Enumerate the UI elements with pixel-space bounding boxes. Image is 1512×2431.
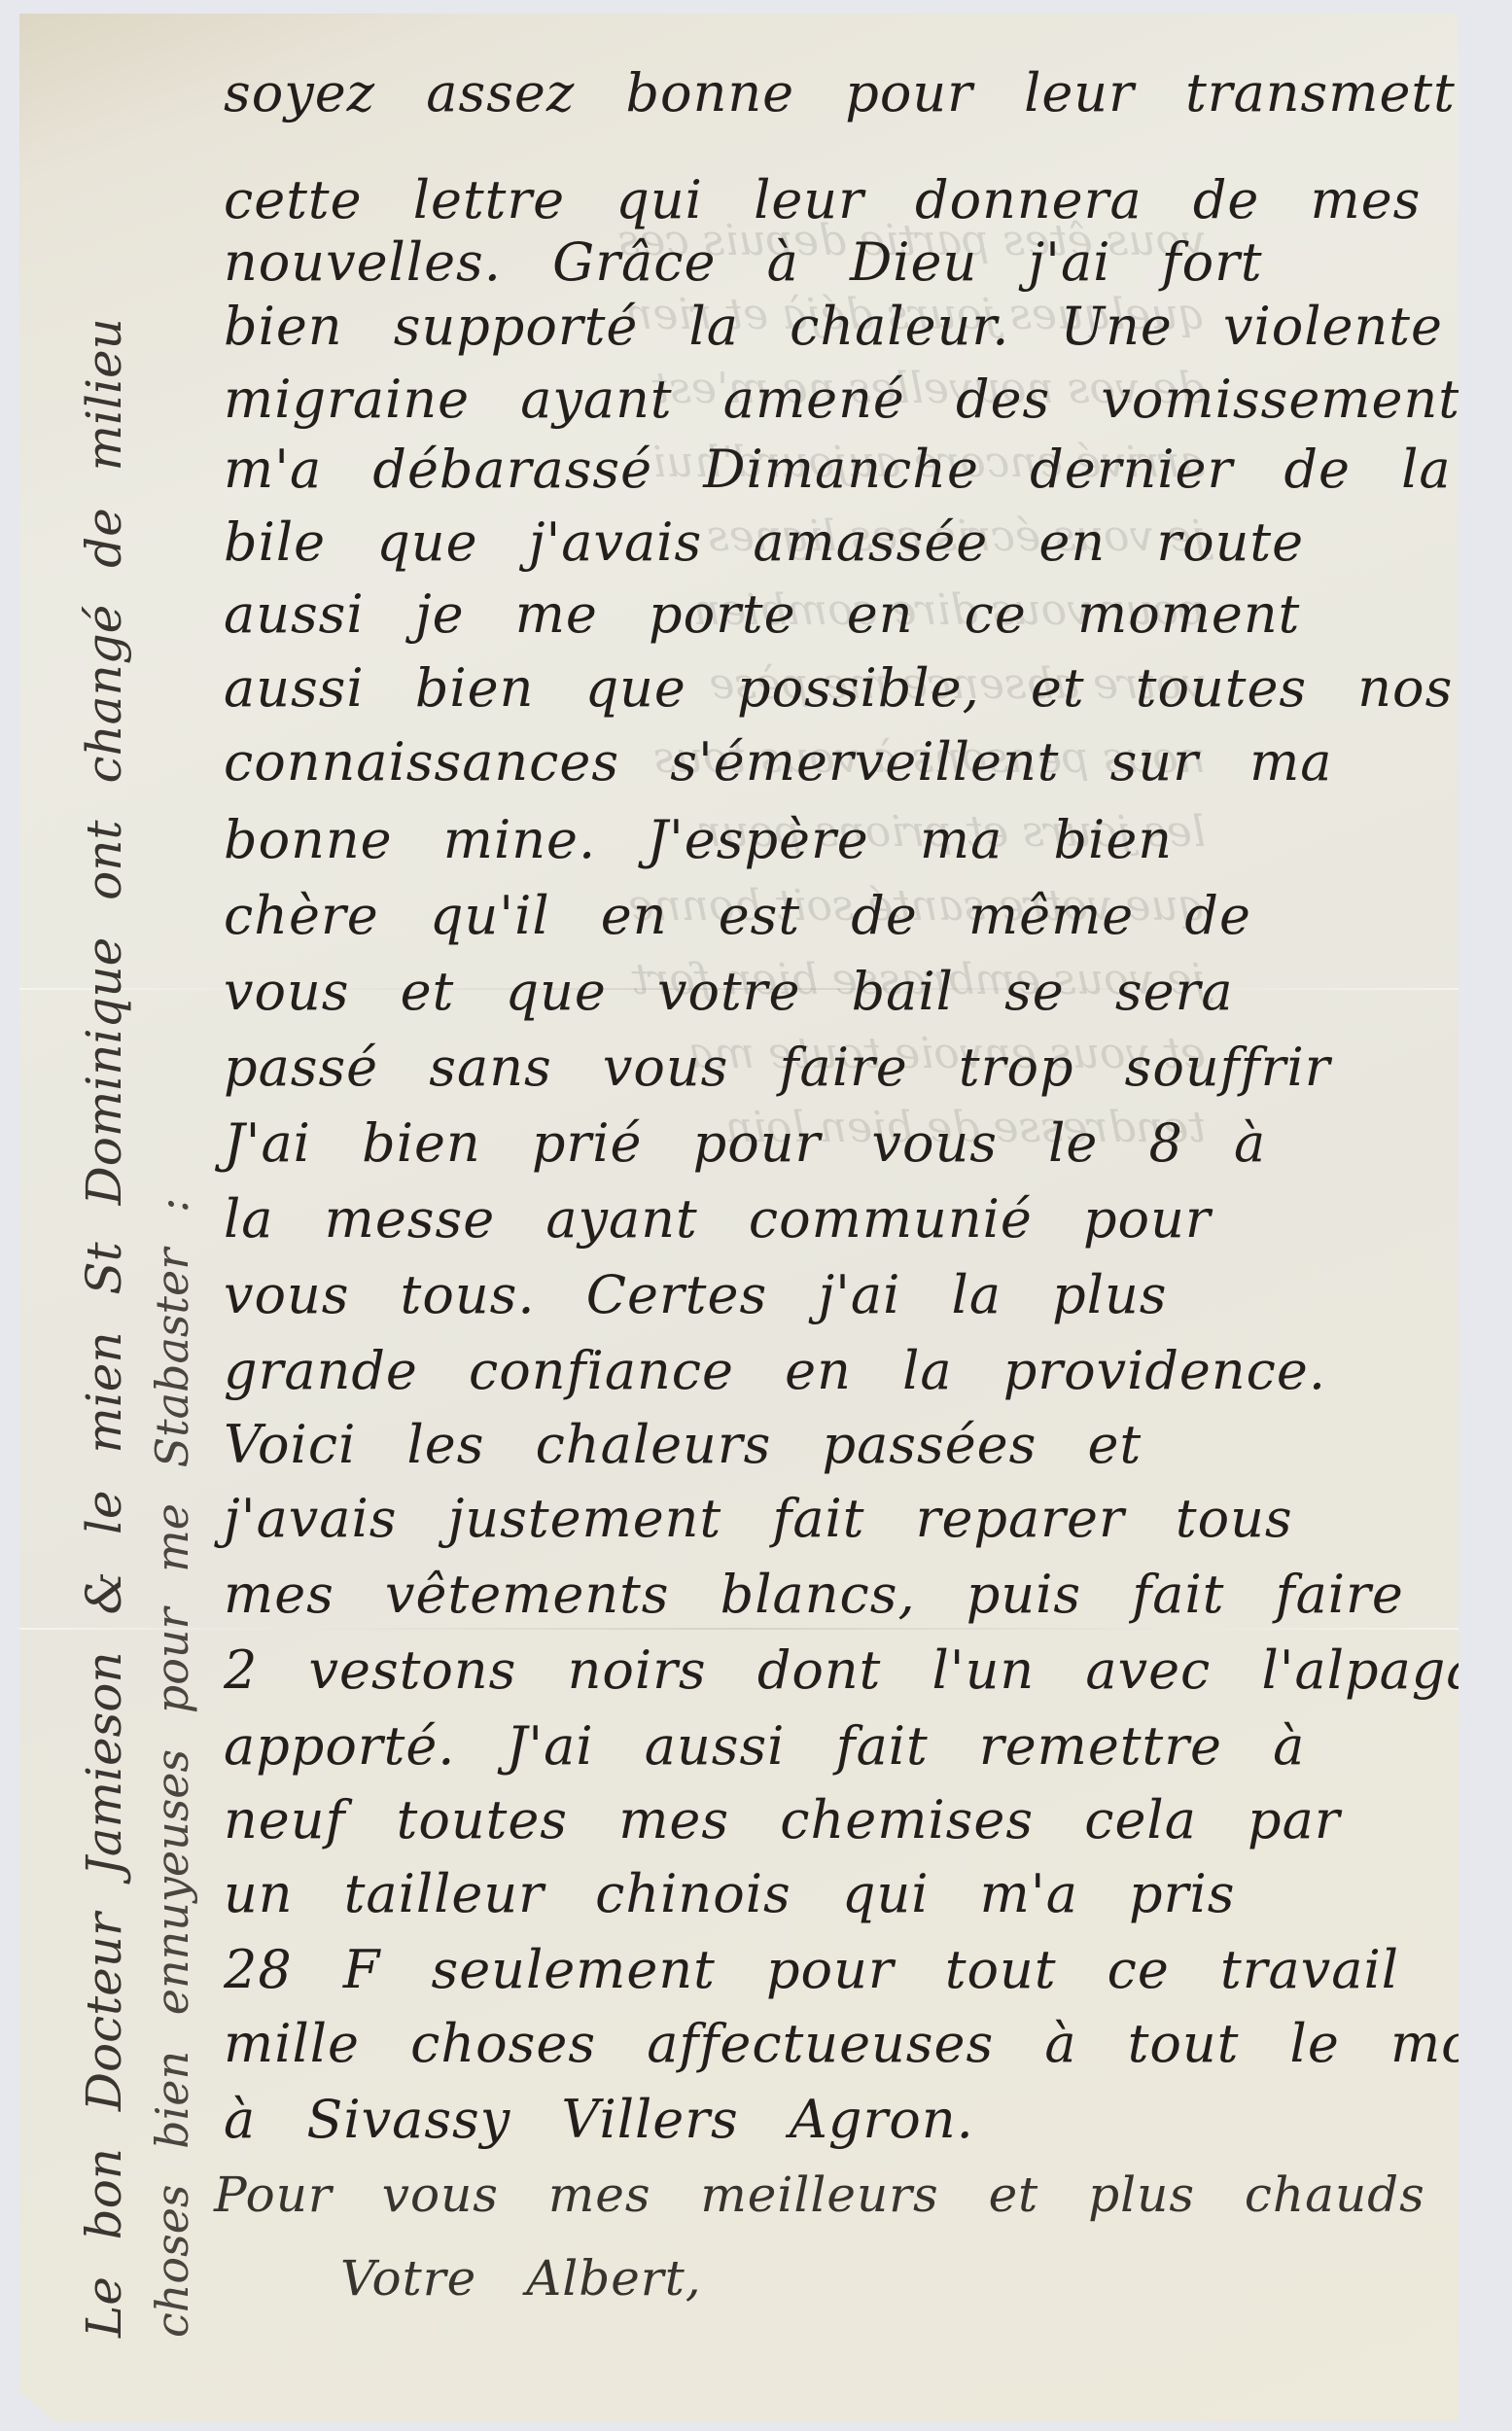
letter-line: mille choses affectueuses à tout le mond… [224, 2013, 1468, 2074]
letter-line: apporté. J'ai aussi fait remettre à [224, 1715, 1468, 1777]
letter-line: mes vêtements blancs, puis fait faire [224, 1564, 1468, 1625]
letter-line: vous et que votre bail se sera [224, 961, 1468, 1022]
letter-line: un tailleur chinois qui m'a pris [224, 1863, 1468, 1924]
letter-line: 2 vestons noirs dont l'un avec l'alpaga [224, 1639, 1468, 1701]
letter-line: soyez assez bonne pour leur transmettre [224, 62, 1468, 123]
paper-fold-line [19, 1628, 1459, 1630]
letter-line: aussi bien que possible, et toutes nos [224, 657, 1468, 719]
letter-line: nouvelles. Grâce à Dieu j'ai fort [224, 231, 1468, 293]
letter-line: à Sivassy Villers Agron. [224, 2089, 1468, 2150]
letter-line: j'avais justement fait reparer tous [224, 1488, 1468, 1549]
letter-line: bien supporté la chaleur. Une violente [224, 296, 1468, 357]
letter-closing: Pour vous mes meilleurs et plus chauds b… [214, 2167, 1459, 2223]
letter-line: chère qu'il en est de même de [224, 885, 1468, 946]
letter-line: J'ai bien prié pour vous le 8 à [224, 1112, 1468, 1174]
letter-line: passé sans vous faire trop souffrir [224, 1037, 1468, 1098]
letter-line: la messe ayant communié pour [224, 1188, 1468, 1250]
letter-line: m'a débarassé Dimanche dernier de la [224, 439, 1468, 500]
letter-line: connaissances s'émerveillent sur ma [224, 731, 1468, 793]
margin-note-outer: Le bon Docteur Jamieson & le mien St Dom… [76, 318, 132, 2338]
letter-line: vous tous. Certes j'ai la plus [224, 1264, 1468, 1325]
letter-line: bonne mine. J'espère ma bien [224, 809, 1468, 870]
letter-line: aussi je me porte en ce moment [224, 583, 1468, 645]
letter-line: cette lettre qui leur donnera de mes [224, 169, 1468, 230]
letter-line: neuf toutes mes chemises cela par [224, 1789, 1468, 1850]
letter-line: 28 F seulement pour tout ce travail [224, 1939, 1468, 2000]
letter-page: vous êtes partie depuis ces quelques jou… [19, 14, 1459, 2421]
letter-line: migraine ayant amené des vomissements [224, 369, 1468, 430]
letter-line: bile que j'avais amassée en route [224, 511, 1468, 573]
letter-signature: Votre Albert, [340, 2250, 1512, 2307]
margin-note-inner: choses bien ennuyeuses pour me Stabaster… [146, 1198, 198, 2338]
letter-line: Voici les chaleurs passées et [224, 1414, 1468, 1475]
letter-line: grande confiance en la providence. [224, 1340, 1468, 1401]
